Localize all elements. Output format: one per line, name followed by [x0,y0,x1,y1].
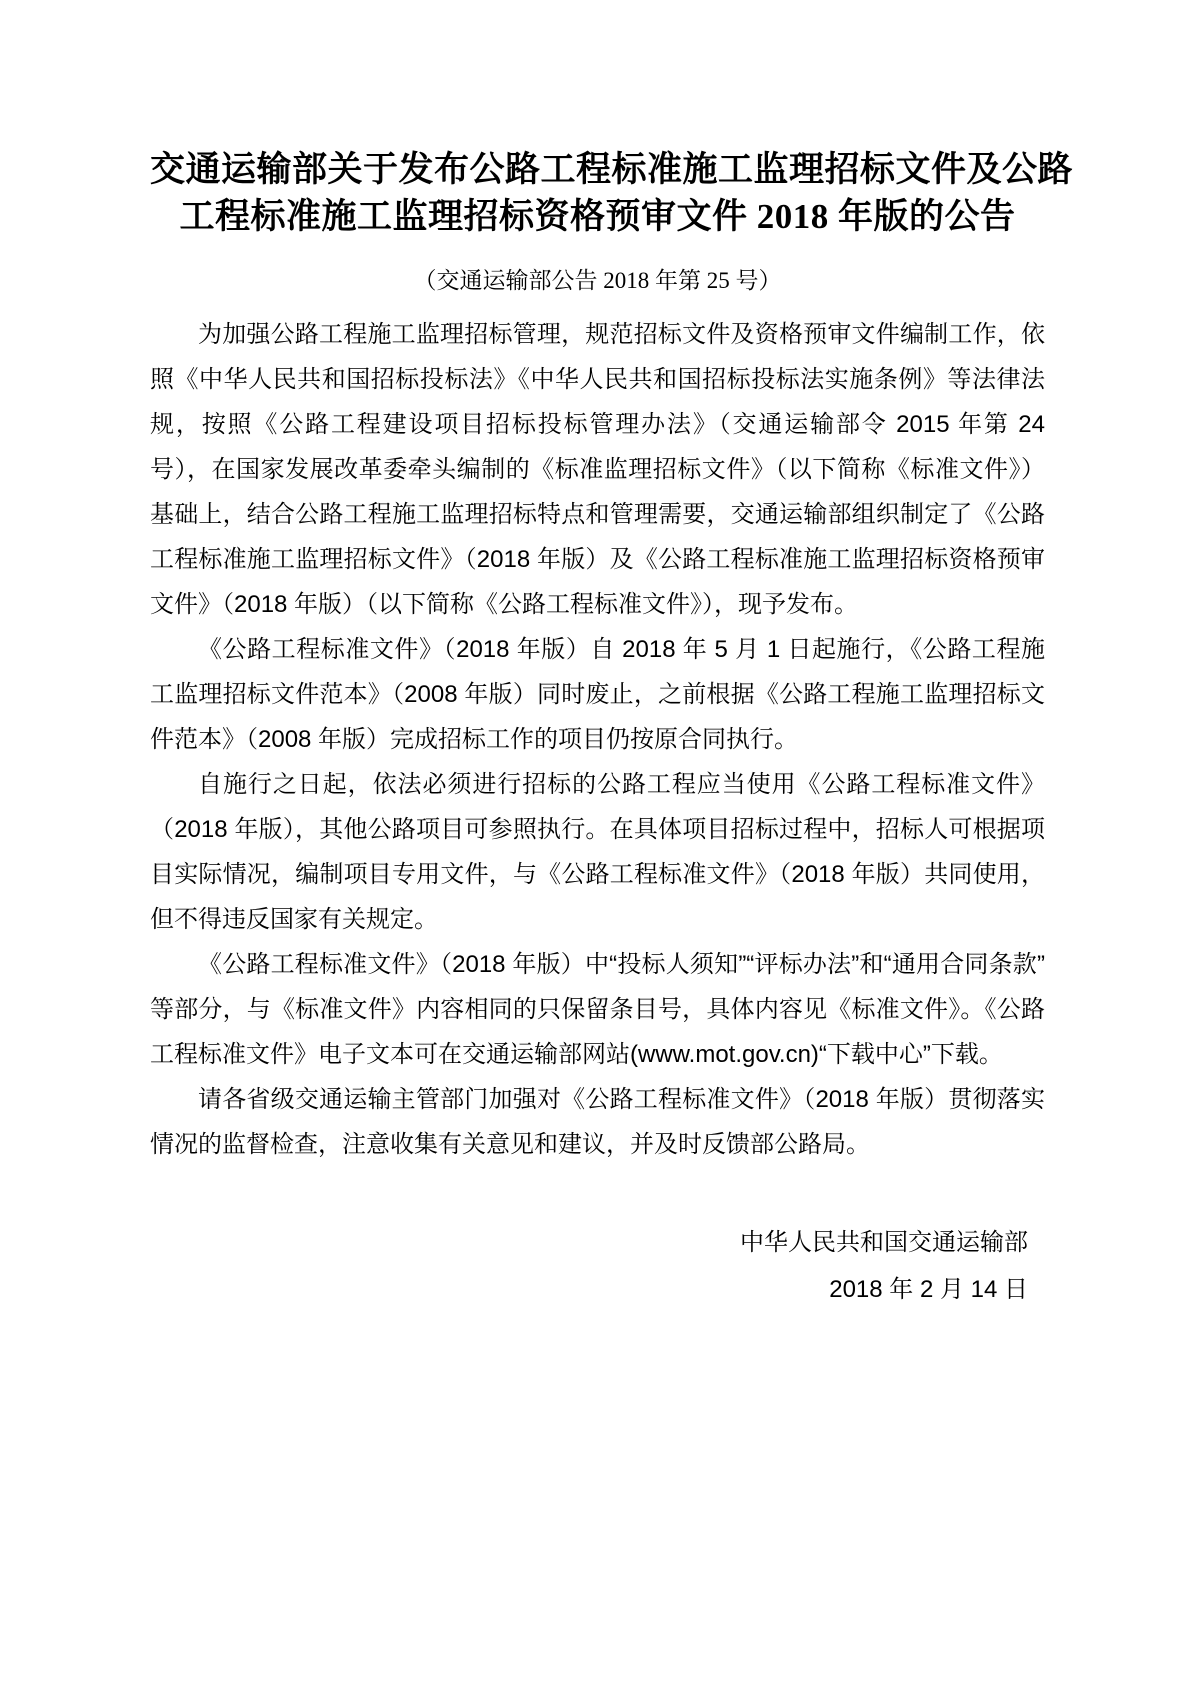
announcement-number: （交通运输部公告 2018 年第 25 号） [150,267,1045,295]
document-title: 交通运输部关于发布公路工程标准施工监理招标文件及公路 工程标准施工监理招标资格预… [150,0,1045,240]
signature-block: 中华人民共和国交通运输部 2018 年 2 月 14 日 [150,1219,1045,1313]
paragraph-3: 自施行之日起，依法必须进行招标的公路工程应当使用《公路工程标准文件》（2018 … [150,762,1045,942]
paragraph-1: 为加强公路工程施工监理招标管理，规范招标文件及资格预审文件编制工作，依照《中华人… [150,312,1045,627]
title-line-2: 工程标准施工监理招标资格预审文件 2018 年版的公告 [150,193,1045,240]
paragraph-5: 请各省级交通运输主管部门加强对《公路工程标准文件》（2018 年版）贯彻落实情况… [150,1077,1045,1167]
document-page: 交通运输部关于发布公路工程标准施工监理招标文件及公路 工程标准施工监理招标资格预… [0,0,1189,1683]
paragraph-4: 《公路工程标准文件》（2018 年版）中“投标人须知”“评标办法”和“通用合同条… [150,942,1045,1077]
issuer-name: 中华人民共和国交通运输部 [150,1219,1028,1266]
document-body: 为加强公路工程施工监理招标管理，规范招标文件及资格预审文件编制工作，依照《中华人… [150,312,1045,1167]
paragraph-2: 《公路工程标准文件》（2018 年版）自 2018 年 5 月 1 日起施行，《… [150,627,1045,762]
title-line-1: 交通运输部关于发布公路工程标准施工监理招标文件及公路 [150,146,1045,193]
document-content: 交通运输部关于发布公路工程标准施工监理招标文件及公路 工程标准施工监理招标资格预… [150,0,1045,1313]
issue-date: 2018 年 2 月 14 日 [150,1266,1028,1313]
